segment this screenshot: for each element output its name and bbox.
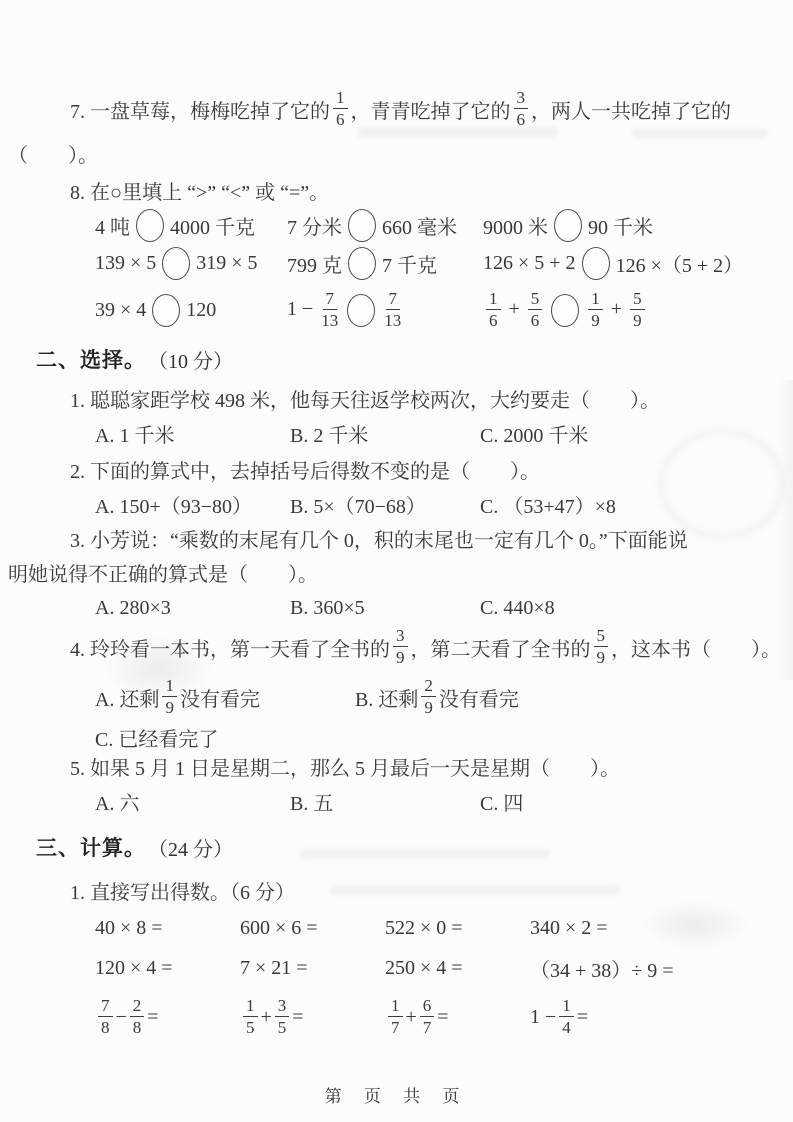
section-2-score: （10 分） [148,345,233,374]
calc-row-1: 40 × 8 = 600 × 6 = 522 × 0 = 340 × 2 = [95,908,765,948]
option-b: B. 5×（70−68） [290,490,480,518]
comparison-right: 7 千克 [382,249,437,278]
option-b: B. 五 [290,787,480,815]
option-c: C. （53+47）×8 [480,490,765,518]
fraction: 78 [98,997,113,1036]
calc-expression: 7 × 21 = [240,948,385,988]
question-8-prompt: 8. 在○里填上 “>” “<” 或 “=”。 [70,176,765,204]
calc-expression: 522 × 0 = [385,908,530,948]
comparison-circle [136,209,164,242]
fraction: 29 [421,677,436,716]
comparison-left: 7 分米 [287,211,342,240]
comparison-circle [152,294,180,327]
fraction: 16 [486,290,501,329]
calc-expression: 600 × 6 = [240,908,385,948]
comparison-left: 799 克 [287,249,342,278]
fraction: 14 [559,997,574,1036]
comparison-left: 139 × 5 [95,252,156,275]
comparison-left: 4 吨 [95,211,130,240]
calc-expression: 340 × 2 = [530,908,765,948]
option-c: C. 已经看完了 [95,722,765,752]
option-a: A. 1 千米 [95,419,290,447]
fraction: 713 [384,290,401,329]
comparison-item: 7 分米 660 毫米 [287,206,483,244]
calc-expression: 78 − 28 = [95,988,240,1046]
exam-page: 7. 一盘草莓，梅梅吃掉了它的16，青青吃掉了它的36，两人一共吃掉了它的 （ … [0,0,793,1122]
option-b: B. 360×5 [290,594,480,622]
choice-q3-text-line1: 3. 小芳说：“乘数的末尾有几个 0，积的末尾也一定有几个 0。”下面能说 [70,524,765,552]
choice-q5-text: 5. 如果 5 月 1 日是星期二，那么 5 月最后一天是星期（ ）。 [70,752,765,780]
fraction: 59 [594,627,609,666]
comparison-left: 9000 米 [483,211,548,240]
calc-expression: 120 × 4 = [95,948,240,988]
comparison-left: 16 + 56 [483,291,545,330]
comparison-circle [554,209,582,242]
section-3-header: 三、计算。 （24 分） [36,832,765,862]
calc-row-2: 120 × 4 = 7 × 21 = 250 × 4 = （34 + 38）÷ … [95,948,765,988]
comparison-circle [348,247,376,280]
option-a: A. 六 [95,787,290,815]
fraction: 35 [275,997,290,1036]
fraction: 17 [388,997,403,1036]
choice-q1-text: 1. 聪聪家距学校 498 米，他每天往返学校两次，大约要走（ ）。 [70,384,765,412]
option-c: C. 四 [480,787,765,815]
comparison-circle [582,247,610,280]
comparison-right: 713 [381,291,404,330]
comparison-left: 39 × 4 [95,299,146,322]
question-7-answer-blank: （ ）。 [8,139,765,167]
fraction: 19 [588,290,603,329]
comparison-right: 660 毫米 [382,211,457,240]
calc-expression: 250 × 4 = [385,948,530,988]
fraction: 67 [420,997,435,1036]
comparison-circle [348,209,376,242]
comparison-right: 90 千米 [588,211,653,240]
comparison-circle [347,294,375,327]
comparison-item: 139 × 5 319 × 5 [95,244,287,282]
comparison-item: 126 × 5 + 2 126 ×（5 + 2） [483,244,765,282]
choice-q2-options: A. 150+（93−80） B. 5×（70−68） C. （53+47）×8 [95,490,765,518]
question-7-text: 7. 一盘草莓，梅梅吃掉了它的16，青青吃掉了它的36，两人一共吃掉了它的 [70,84,765,134]
fraction: 713 [321,290,338,329]
comparison-item: 799 克 7 千克 [287,244,483,282]
option-a: A. 150+（93−80） [95,490,290,518]
comparison-right: 4000 千克 [170,211,255,240]
fraction: 28 [130,997,145,1036]
comparison-right: 19 + 59 [585,291,647,330]
calc-row-3: 78 − 28 = 15 + 35 = 17 + 67 = 1 − 14 = [95,988,765,1046]
section-2-header: 二、选择。 （10 分） [36,344,765,374]
comparison-right: 319 × 5 [196,252,257,275]
comparison-item: 16 + 56 19 + 59 [483,282,765,338]
option-a: A. 280×3 [95,594,290,622]
option-c: C. 440×8 [480,594,765,622]
comparison-grid: 4 吨 4000 千克 7 分米 660 毫米 9000 米 90 千米 139… [95,206,765,338]
calc-expression: （34 + 38）÷ 9 = [530,948,765,988]
comparison-item: 1 − 713 713 [287,282,483,338]
choice-q4-options-ab: A. 还剩19没有看完 B. 还剩29没有看完 [95,672,765,722]
comparison-item: 9000 米 90 千米 [483,206,765,244]
choice-q4-text: 4. 玲玲看一本书，第一天看了全书的39，第二天看了全书的59，这本书（ ）。 [70,622,765,672]
fraction: 59 [630,290,645,329]
page-footer: 第 页 共 页 [0,1082,793,1107]
section-3-score: （24 分） [148,833,233,862]
option-a: A. 还剩19没有看完 [95,672,355,722]
option-b: B. 还剩29没有看完 [355,672,765,722]
calc-expression: 17 + 67 = [385,988,530,1046]
choice-q1-options: A. 1 千米 B. 2 千米 C. 2000 千米 [95,419,765,447]
comparison-circle [162,247,190,280]
section-2-title: 二、选择。 [36,344,146,374]
choice-q3-text-line2: 明她说得不正确的算式是（ ）。 [8,558,765,586]
fraction: 39 [393,627,408,666]
fraction: 15 [243,997,258,1036]
comparison-right: 126 ×（5 + 2） [616,249,744,278]
fraction: 36 [514,89,529,128]
choice-q3-options: A. 280×3 B. 360×5 C. 440×8 [95,594,765,622]
comparison-item: 4 吨 4000 千克 [95,206,287,244]
calc-expression: 40 × 8 = [95,908,240,948]
comparison-left: 1 − 713 [287,291,341,330]
comparison-right: 120 [186,299,216,322]
fraction: 56 [528,290,543,329]
calc-expression: 1 − 14 = [530,988,765,1046]
fraction: 19 [162,677,177,716]
section-3-title: 三、计算。 [36,832,146,862]
calc-sub1-prompt: 1. 直接写出得数。（6 分） [70,876,765,904]
option-c: C. 2000 千米 [480,419,765,447]
calc-expression: 15 + 35 = [240,988,385,1046]
comparison-item: 39 × 4 120 [95,282,287,338]
fraction: 16 [333,89,348,128]
choice-q2-text: 2. 下面的算式中，去掉括号后得数不变的是（ ）。 [70,455,765,483]
comparison-left: 126 × 5 + 2 [483,252,576,275]
choice-q5-options: A. 六 B. 五 C. 四 [95,787,765,815]
option-b: B. 2 千米 [290,419,480,447]
comparison-circle [551,294,579,327]
page-content: 7. 一盘草莓，梅梅吃掉了它的16，青青吃掉了它的36，两人一共吃掉了它的 （ … [0,84,793,1046]
